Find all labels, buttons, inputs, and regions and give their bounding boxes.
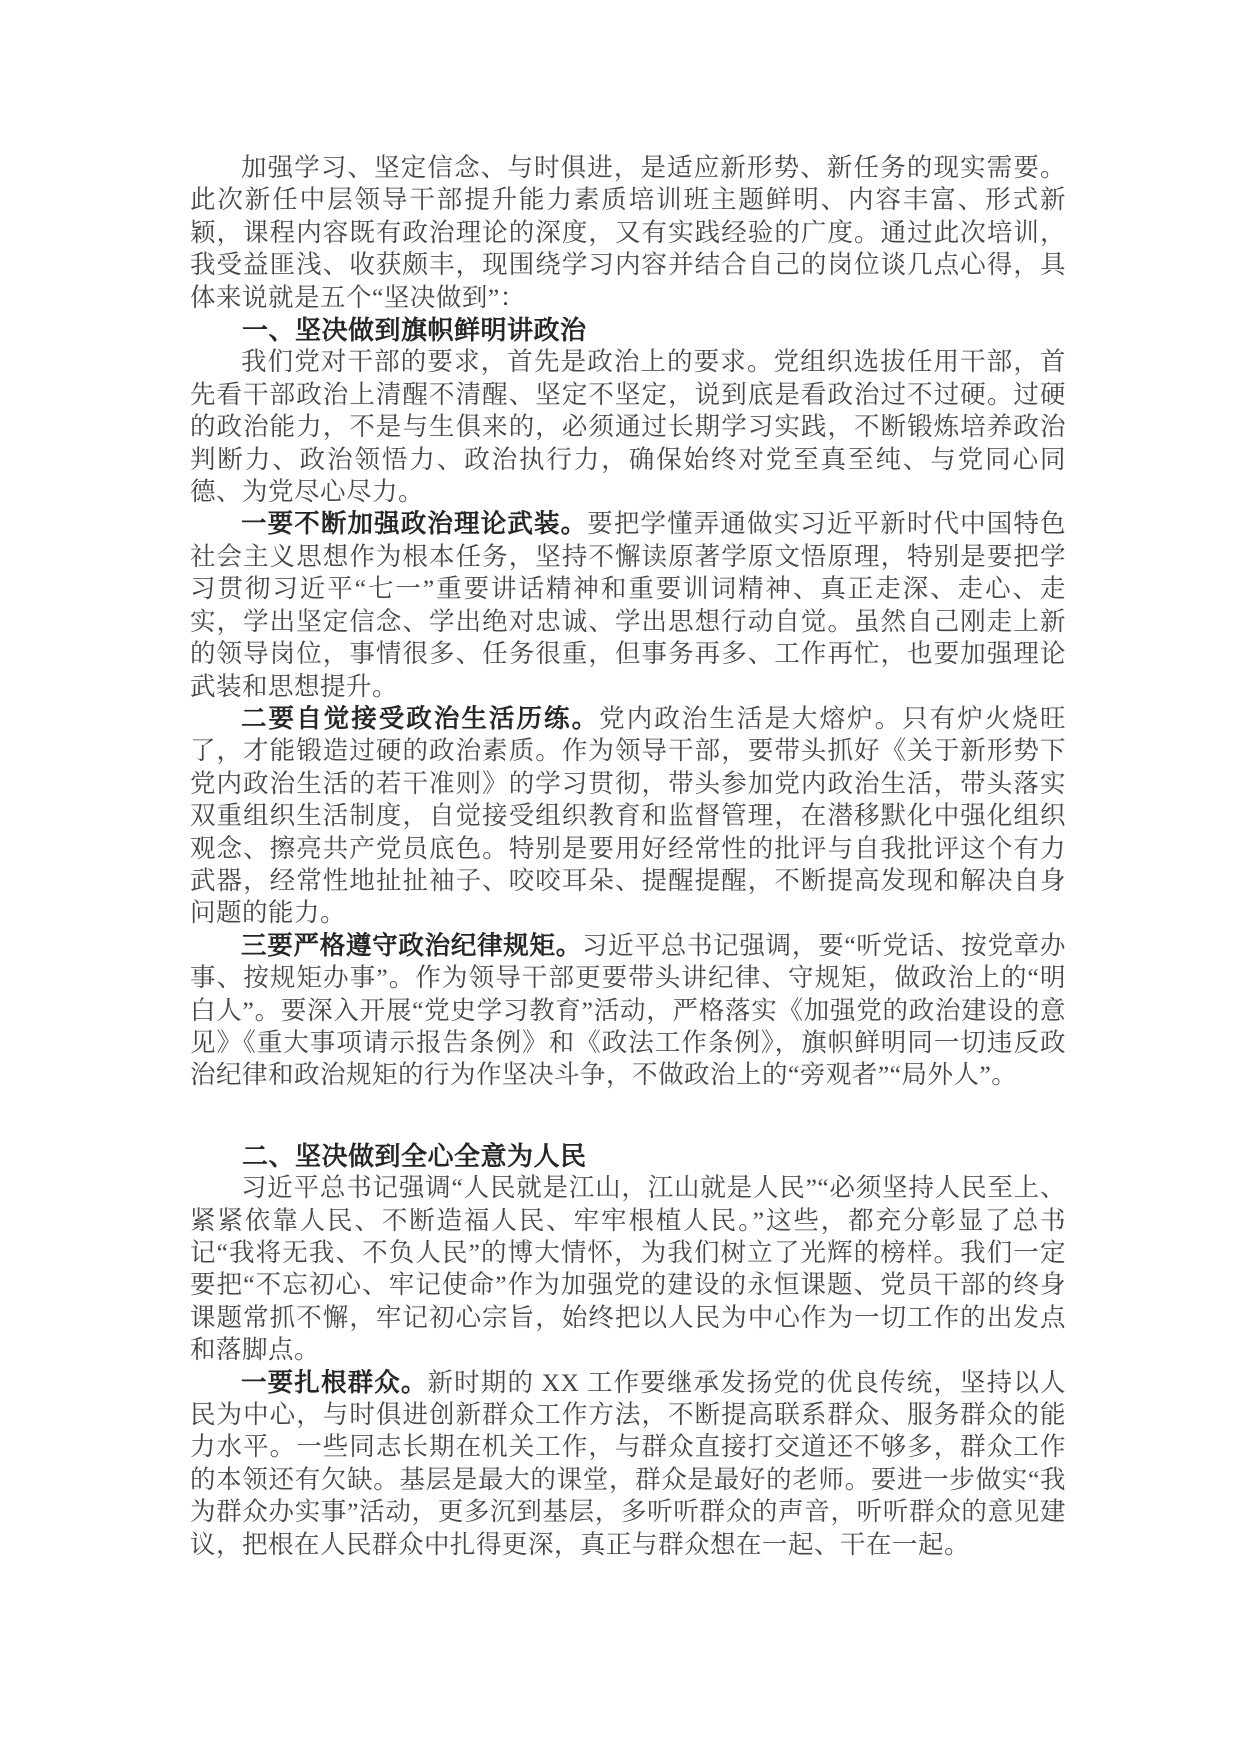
paragraph-lead: 三要严格遵守政治纪律规矩。: [241, 932, 582, 960]
paragraph: 一要扎根群众。新时期的 XX 工作要继承发扬党的优良传统，坚持以人民为中心，与时…: [190, 1367, 1066, 1561]
section-heading-2: 二、坚决做到全心全意为人民: [190, 1140, 1066, 1172]
paragraph: 我们党对干部的要求，首先是政治上的要求。党组织选拔任用干部，首先看干部政治上清醒…: [190, 346, 1066, 508]
paragraph: 二要自觉接受政治生活历练。党内政治生活是大熔炉。只有炉火烧旺了，才能锻造过硬的政…: [190, 703, 1066, 930]
paragraph: 三要严格遵守政治纪律规矩。习近平总书记强调，要“听党话、按党章办事、按规矩办事”…: [190, 930, 1066, 1092]
paragraph: 习近平总书记强调“人民就是江山，江山就是人民”“必须坚持人民至上、紧紧依靠人民、…: [190, 1172, 1066, 1366]
paragraph: 一要不断加强政治理论武装。要把学懂弄通做实习近平新时代中国特色社会主义思想作为根…: [190, 508, 1066, 702]
document-text-block: 加强学习、坚定信念、与时俱进，是适应新形势、新任务的现实需要。此次新任中层领导干…: [190, 152, 1066, 1561]
paragraph-lead: 一要扎根群众。: [241, 1369, 428, 1397]
document-page: 加强学习、坚定信念、与时俱进，是适应新形势、新任务的现实需要。此次新任中层领导干…: [0, 0, 1240, 1754]
section-heading-1: 一、坚决做到旗帜鲜明讲政治: [190, 314, 1066, 346]
paragraph-text: 党内政治生活是大熔炉。只有炉火烧旺了，才能锻造过硬的政治素质。作为领导干部，要带…: [190, 704, 1066, 927]
intro-paragraph: 加强学习、坚定信念、与时俱进，是适应新形势、新任务的现实需要。此次新任中层领导干…: [190, 152, 1066, 314]
paragraph-lead: 二要自觉接受政治生活历练。: [241, 705, 599, 733]
paragraph-lead: 一要不断加强政治理论武装。: [241, 510, 587, 538]
